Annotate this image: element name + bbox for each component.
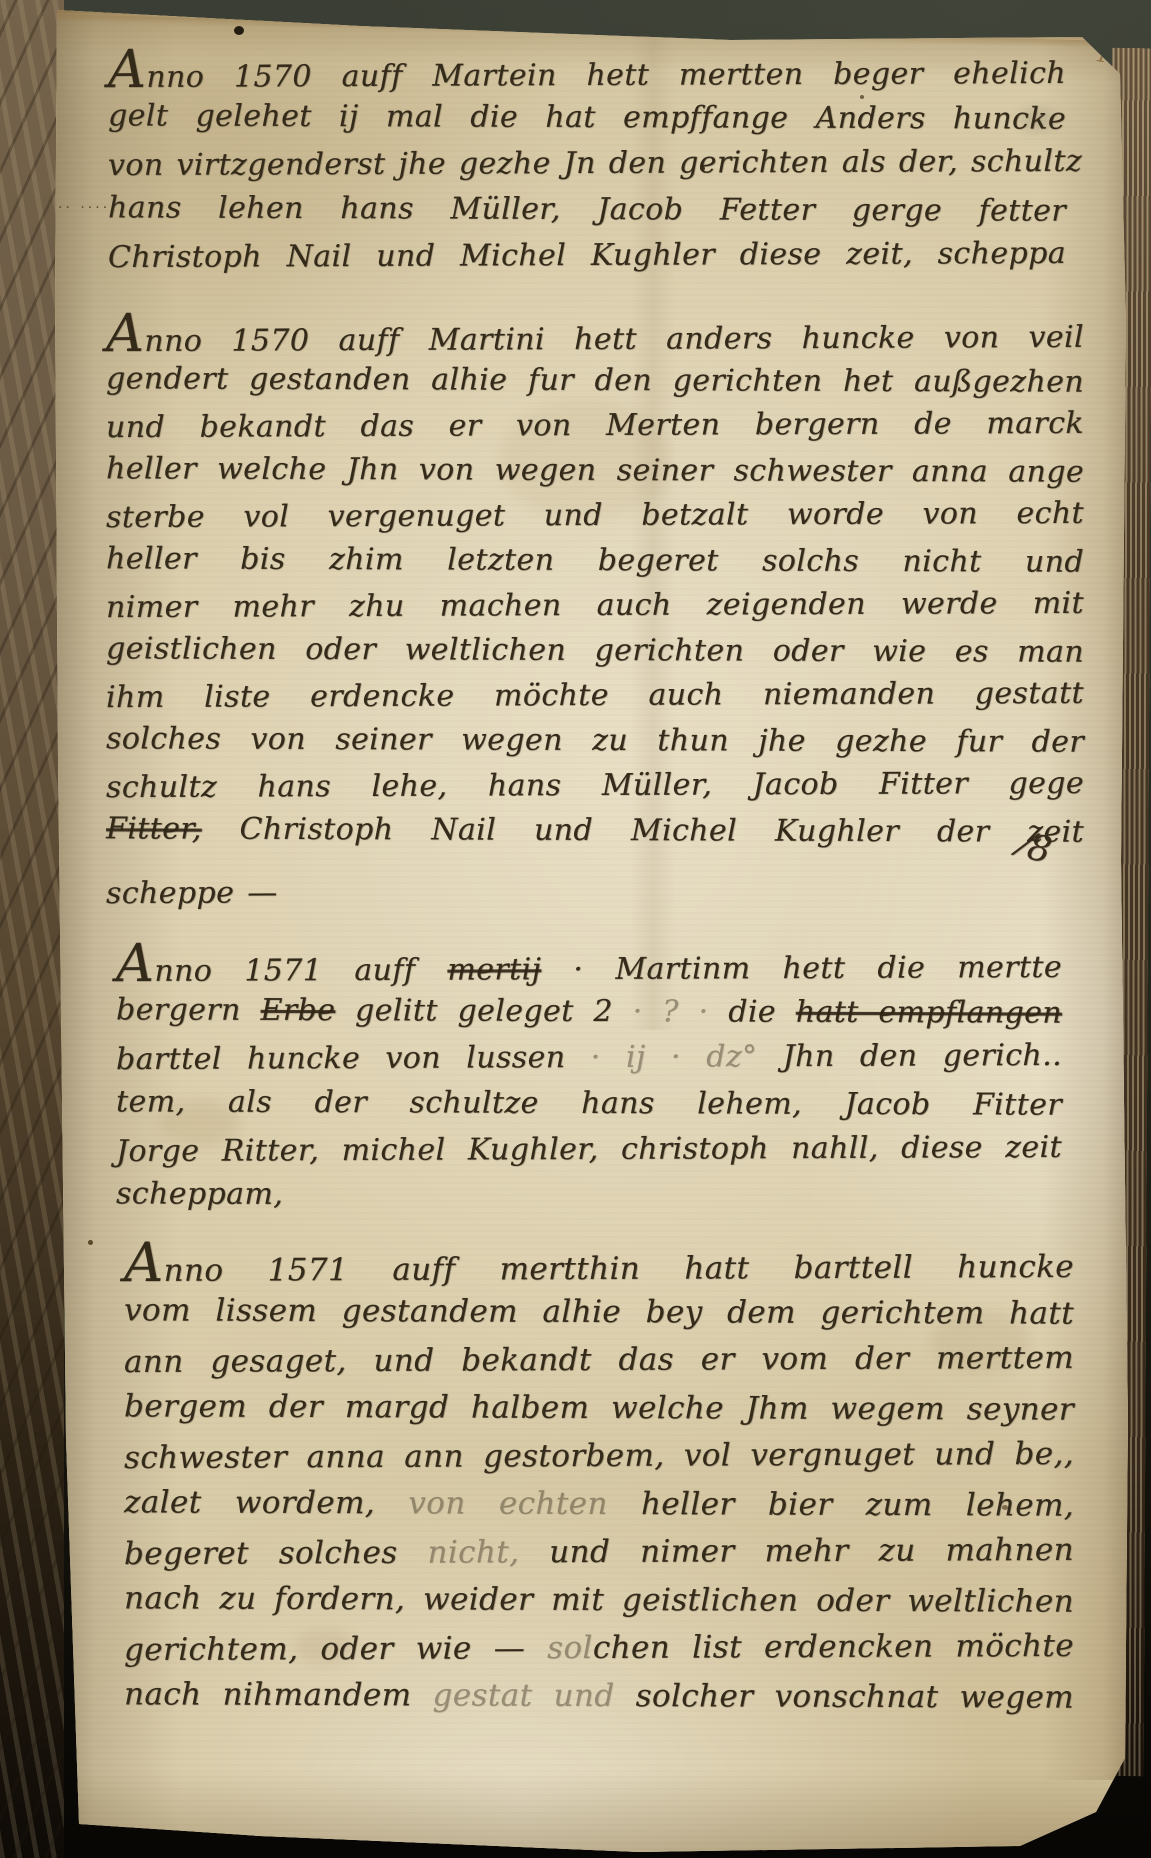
manuscript-line: solches von seiner wegen zu thun jhe gez… <box>106 721 1084 769</box>
hand-text: schwester anna ann gestorbem, vol vergnu… <box>124 1436 1074 1476</box>
hand-text: Christoph Nail und Michel Kughler der ze… <box>202 812 1084 850</box>
hand-text: Jhn den gerich.. <box>757 1038 1062 1074</box>
manuscript-line: zalet wordem, von echten heller bier zum… <box>124 1484 1074 1535</box>
struck-text: hatt empflangen <box>796 995 1062 1031</box>
hand-text: die <box>708 994 795 1029</box>
hand-text: bergern <box>116 992 261 1028</box>
ink-speck <box>234 26 244 35</box>
hand-text: · ? · <box>633 994 709 1029</box>
struck-text: Fitter, <box>106 811 202 846</box>
hand-text: scheppe — <box>106 875 278 911</box>
hand-text: gerichtem, oder wie — <box>124 1630 547 1668</box>
hand-text: sol <box>547 1630 593 1666</box>
hand-text: zalet wordem, <box>124 1484 408 1521</box>
manuscript-line: scheppam, <box>116 1176 1062 1225</box>
manuscript-line: ihm liste erdencke möchte auch niemanden… <box>106 676 1084 725</box>
manuscript-line: hans lehen hans Müller, Jacob Fetter ger… <box>108 190 1066 239</box>
manuscript-line: schwester anna ann gestorbem, vol vergnu… <box>124 1436 1074 1488</box>
manuscript-line: nach nihmandem gestat und solcher vonsch… <box>124 1676 1074 1727</box>
hand-text: bergem der margd halbem welche Jhm wegem… <box>124 1388 1074 1427</box>
hand-text: Anno 1570 auff Martein hett mertten bege… <box>108 56 1066 95</box>
manuscript-line: Anno 1571 auff mertij · Martinm hett die… <box>116 946 1062 996</box>
struck-text: mertij <box>447 952 541 987</box>
hand-text: tem, als der schultze hans lehem, Jacob … <box>116 1084 1062 1122</box>
hand-text: chen list erdencken möchte <box>593 1628 1074 1666</box>
hand-text: nach nihmandem <box>124 1676 433 1713</box>
hand-text: Anno 1571 auff mertthin hatt barttell hu… <box>124 1249 1074 1289</box>
manuscript-line: nimer mehr zhu machen auch zeigenden wer… <box>106 586 1084 635</box>
manuscript-line: barttel huncke von lussen · ij · dz° Jhn… <box>116 1038 1062 1088</box>
manuscript-line: gendert gestanden alhie fur den gerichte… <box>106 361 1084 409</box>
hand-text: gestat und <box>432 1677 614 1714</box>
manuscript-line: von virtzgenderst jhe gezhe Jn den geric… <box>108 144 1066 194</box>
hand-text: Jorge Ritter, michel Kughler, christoph … <box>116 1130 1062 1169</box>
hand-text: gelitt geleget 2 <box>335 993 632 1029</box>
manuscript-line: nach zu fordern, weider mit geistlichen … <box>124 1580 1074 1631</box>
entry-1570-martini-1: Anno 1570 auff Martein hett mertten bege… <box>108 54 1066 284</box>
hand-text: nicht, <box>427 1534 519 1570</box>
page-bottom-shade <box>55 1770 1135 1858</box>
manuscript-line: Anno 1570 auff Martini hett anders hunck… <box>106 316 1084 365</box>
manuscript-line: gerichtem, oder wie — solchen list erden… <box>124 1628 1074 1680</box>
manuscript-line: heller bis zhim letzten begeret solchs n… <box>106 541 1084 589</box>
manuscript-line: Anno 1571 auff mertthin hatt barttell hu… <box>124 1244 1074 1296</box>
manuscript-line: Jorge Ritter, michel Kughler, christoph … <box>116 1130 1062 1180</box>
hand-text: schultz hans lehe, hans Müller, Jacob Fi… <box>106 766 1084 805</box>
hand-text: gelt gelehet ij mal die hat empffange An… <box>108 98 1066 136</box>
manuscript-line: schultz hans lehe, hans Müller, Jacob Fi… <box>106 766 1084 815</box>
hand-text: begeret solches <box>124 1535 428 1572</box>
hand-text: Anno 1571 auff <box>116 953 448 989</box>
manuscript-line: ann gesaget, und bekandt das er vom der … <box>124 1340 1074 1392</box>
hand-text: und nimer mehr zu mahnen <box>519 1532 1074 1570</box>
hand-text: hans lehen hans Müller, Jacob Fetter ger… <box>108 190 1066 228</box>
hand-text: ihm liste erdencke möchte auch niemanden… <box>106 676 1084 715</box>
hand-text: heller welche Jhn von wegen seiner schwe… <box>106 451 1084 489</box>
hand-text: geistlichen oder weltlichen gerichten od… <box>106 631 1084 669</box>
hand-text: Martinm hett die mertte <box>615 950 1062 987</box>
hand-text: sterbe vol vergenuget und betzalt worde … <box>106 496 1084 535</box>
hand-text: heller bis zhim letzten begeret solchs n… <box>106 541 1084 579</box>
manuscript-line: geistlichen oder weltlichen gerichten od… <box>106 631 1084 679</box>
manuscript-line: und bekandt das er von Merten bergern de… <box>106 406 1084 455</box>
entry-1570-martini-2: Anno 1570 auff Martini hett anders hunck… <box>106 318 1084 919</box>
manuscript-line: bergern Erbe gelitt geleget 2 · ? · die … <box>116 992 1062 1041</box>
manuscript-line: begeret solches nicht, und nimer mehr zu… <box>124 1532 1074 1584</box>
ink-speck <box>88 1240 93 1245</box>
manuscript-line: Christoph Nail und Michel Kughler diese … <box>108 236 1066 286</box>
manuscript-line: Anno 1570 auff Martein hett mertten bege… <box>108 52 1066 102</box>
hand-text: vom lissem gestandem alhie bey dem geric… <box>124 1292 1074 1331</box>
hand-text: gendert gestanden alhie fur den gerichte… <box>106 361 1084 399</box>
hand-text: Christoph Nail und Michel Kughler diese … <box>108 236 1066 275</box>
hand-text: nimer mehr zhu machen auch zeigenden wer… <box>106 586 1084 625</box>
manuscript-line: sterbe vol vergenuget und betzalt worde … <box>106 496 1084 545</box>
hand-text: ann gesaget, und bekandt das er vom der … <box>124 1340 1074 1380</box>
manuscript-line: scheppe — <box>106 872 1084 921</box>
margin-dots: ·· ···· <box>58 200 110 216</box>
entry-1571-march-2: Anno 1571 auff mertthin hatt barttell hu… <box>124 1246 1074 1726</box>
hand-text: barttel huncke von lussen <box>116 1040 591 1077</box>
hand-text: Anno 1570 auff Martini hett anders hunck… <box>106 320 1084 359</box>
hand-text: solches von seiner wegen zu thun jhe gez… <box>106 721 1084 759</box>
hand-text: · <box>541 952 615 987</box>
struck-text: Erbe <box>260 993 335 1028</box>
manuscript-line: gelt gelehet ij mal die hat empffange An… <box>108 98 1066 147</box>
manuscript-line: bergem der margd halbem welche Jhm wegem… <box>124 1388 1074 1439</box>
book-spine-page-edges-left <box>0 0 64 1858</box>
hand-text: heller bier zum lehem, <box>608 1486 1074 1524</box>
entry-1571-march-1: Anno 1571 auff mertij · Martinm hett die… <box>116 948 1062 1224</box>
hand-text: scheppam, <box>116 1176 283 1212</box>
hand-text: von virtzgenderst jhe gezhe Jn den geric… <box>108 144 1082 183</box>
photograph-of-book: 10 ·· ···· ⁄8 Anno 1570 auff Martein het… <box>0 0 1151 1858</box>
hand-text: und bekandt das er von Merten bergern de… <box>106 406 1084 445</box>
hand-text: solcher vonschnat wegem <box>614 1678 1074 1716</box>
hand-text: von echten <box>408 1485 608 1522</box>
hand-text: · ij · dz° <box>591 1039 758 1075</box>
manuscript-line: heller welche Jhn von wegen seiner schwe… <box>106 451 1084 499</box>
manuscript-line: Fitter, Christoph Nail und Michel Kughle… <box>106 811 1084 859</box>
manuscript-line: tem, als der schultze hans lehem, Jacob … <box>116 1084 1062 1133</box>
hand-text: nach zu fordern, weider mit geistlichen … <box>124 1580 1074 1619</box>
manuscript-page: 10 ·· ···· ⁄8 Anno 1570 auff Martein het… <box>0 0 1151 1858</box>
manuscript-line: vom lissem gestandem alhie bey dem geric… <box>124 1292 1074 1343</box>
